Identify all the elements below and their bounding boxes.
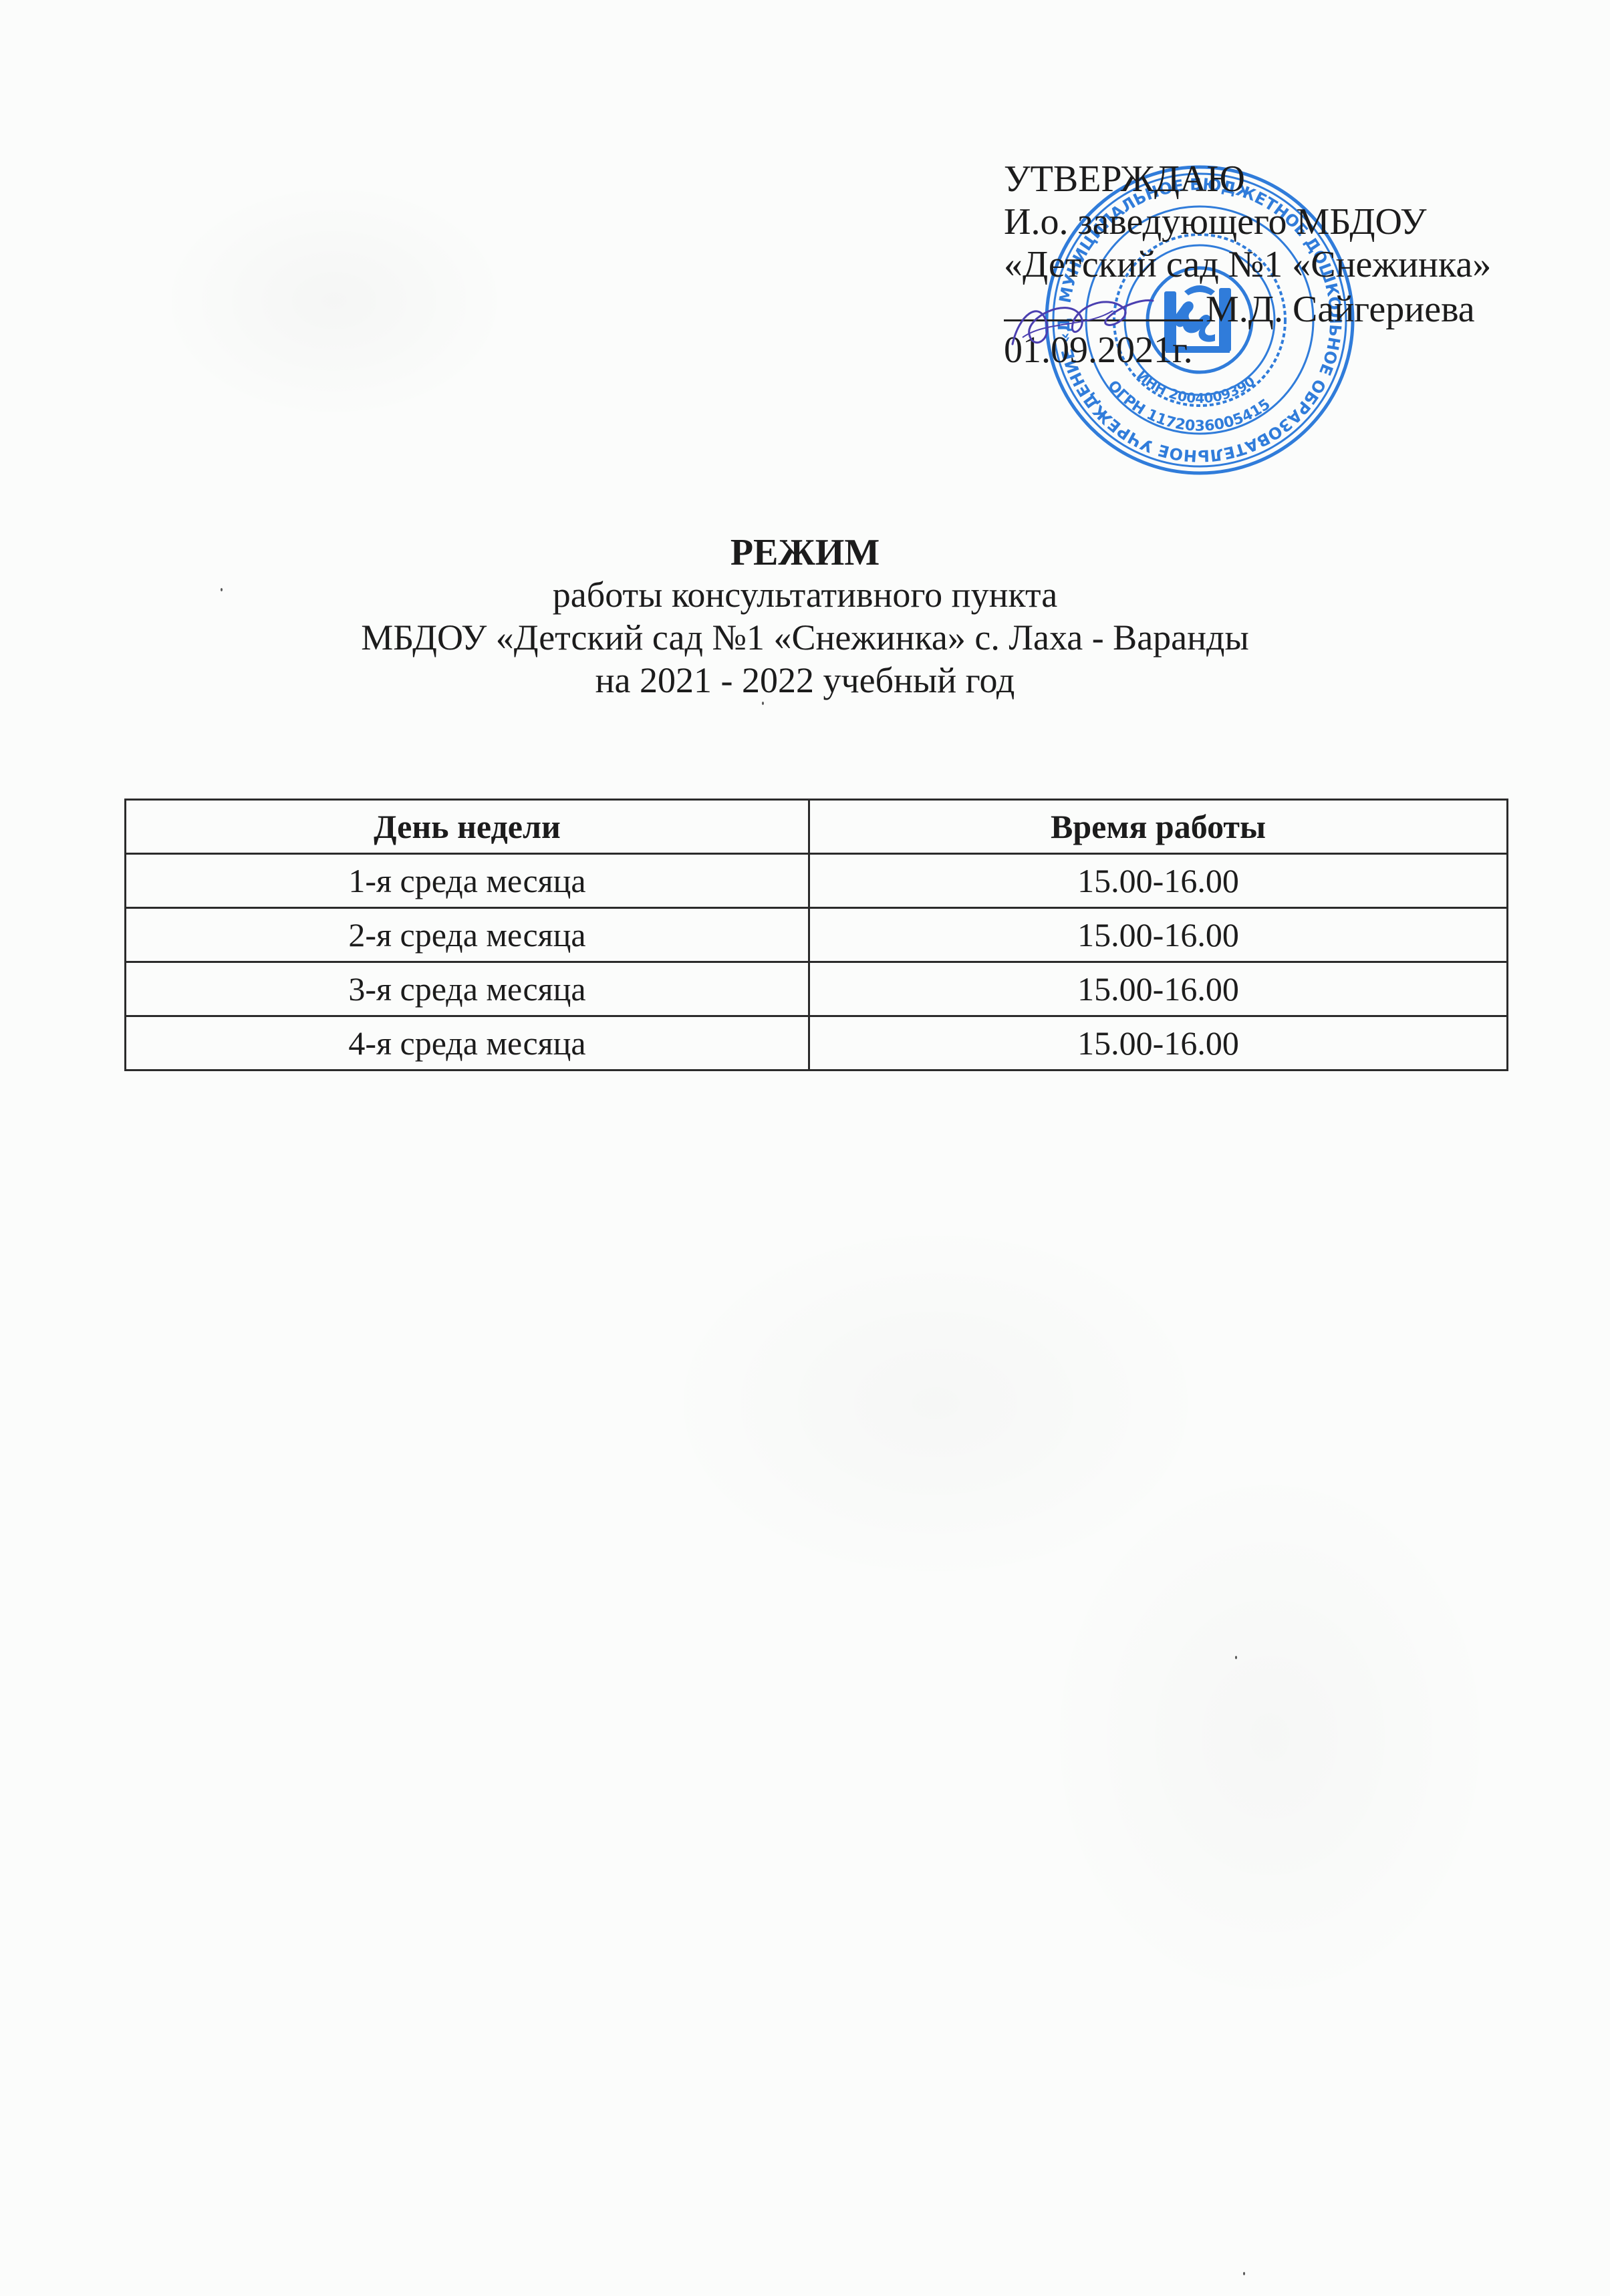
cell-time: 15.00-16.00 xyxy=(809,854,1508,908)
document-subtitle-2: МБДОУ «Детский сад №1 «Снежинка» с. Лаха… xyxy=(0,616,1610,659)
schedule-table: День недели Время работы 1-я среда месяц… xyxy=(124,799,1508,1071)
document-subtitle-1: работы консультативного пункта xyxy=(0,573,1610,616)
cell-time: 15.00-16.00 xyxy=(809,962,1508,1016)
table-header-row: День недели Время работы xyxy=(126,800,1508,854)
cell-time: 15.00-16.00 xyxy=(809,1016,1508,1070)
cell-day: 4-я среда месяца xyxy=(126,1016,809,1070)
header-day: День недели xyxy=(126,800,809,854)
approver-organization: «Детский сад №1 «Снежинка» xyxy=(1004,243,1491,286)
document-title: РЕЖИМ xyxy=(0,532,1610,573)
scan-speck xyxy=(1243,2272,1245,2275)
table-row: 3-я среда месяца 15.00-16.00 xyxy=(126,962,1508,1016)
approver-position: И.о. заведующего МБДОУ xyxy=(1004,200,1491,243)
cell-time: 15.00-16.00 xyxy=(809,908,1508,962)
document-title-block: РЕЖИМ работы консультативного пункта МБД… xyxy=(0,532,1610,702)
cell-day: 2-я среда месяца xyxy=(126,908,809,962)
scan-speck xyxy=(762,702,764,705)
document-subtitle-3: на 2021 - 2022 учебный год xyxy=(0,659,1610,702)
header-time: Время работы xyxy=(809,800,1508,854)
approval-heading: УТВЕРЖДАЮ xyxy=(1004,158,1491,200)
table-row: 2-я среда месяца 15.00-16.00 xyxy=(126,908,1508,962)
table-row: 1-я среда месяца 15.00-16.00 xyxy=(126,854,1508,908)
signature-icon xyxy=(1006,287,1160,354)
cell-day: 3-я среда месяца xyxy=(126,962,809,1016)
signatory-name: М.Д. Сайгериева xyxy=(1206,289,1475,330)
cell-day: 1-я среда месяца xyxy=(126,854,809,908)
scan-speck xyxy=(1235,1656,1237,1659)
table-row: 4-я среда месяца 15.00-16.00 xyxy=(126,1016,1508,1070)
